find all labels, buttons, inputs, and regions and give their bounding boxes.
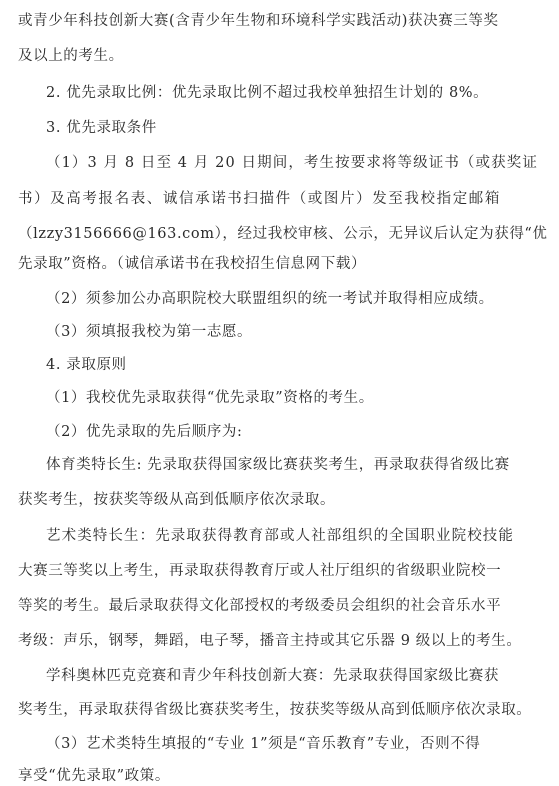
sports-specialty-line: 体育类特长生: 先录取获得国家级比赛获奖考生，再录取获得省级比赛 [46, 455, 548, 475]
principle-1: （1）我校优先录取获得“优先录取”资格的考生。 [46, 388, 548, 408]
paragraph-line: 及以上的考生。 [18, 46, 548, 66]
paragraph-line: 或青少年科技创新大赛(含青少年生物和环境科学实践活动)获决赛三等奖 [18, 11, 548, 31]
section-4-heading: 4. 录取原则 [46, 355, 548, 375]
arts-specialty-line: 艺术类特长生：先录取获得教育部或人社部组织的全国职业院校技能 [46, 526, 548, 546]
olympiad-line: 奖考生，再录取获得省级比赛获奖考生，按获奖等级从高到低顺序依次录取。 [18, 700, 548, 720]
condition-1-line: 书）及高考报名表、诚信承诺书扫描件（或图片）发至我校指定邮箱 [18, 189, 548, 209]
sports-specialty-line: 获奖考生，按获奖等级从高到低顺序依次录取。 [18, 490, 548, 510]
principle-3: （3）艺术类特生填报的“专业 1”须是“音乐教育”专业，否则不得 [46, 734, 548, 754]
condition-1-line: 先录取”资格。（诚信承诺书在我校招生信息网下载） [18, 254, 548, 274]
principle-3: 享受“优先录取”政策。 [18, 766, 548, 786]
condition-1-email-line: （lzzy3156666@163.com），经过我校审核、公示，无异议后认定为获… [18, 224, 548, 244]
arts-specialty-line: 考级：声乐，钢琴，舞蹈，电子琴，播音主持或其它乐器 9 级以上的考生。 [18, 631, 548, 651]
arts-specialty-line: 大赛三等奖以上考生，再录取获得教育厅或人社厅组织的省级职业院校一 [18, 561, 548, 581]
section-3-heading: 3. 优先录取条件 [46, 118, 548, 138]
condition-2: （2）须参加公办高职院校大联盟组织的统一考试并取得相应成绩。 [46, 289, 548, 309]
document-page: 或青少年科技创新大赛(含青少年生物和环境科学实践活动)获决赛三等奖 及以上的考生… [0, 0, 559, 786]
olympiad-line: 学科奥林匹克竞赛和青少年科技创新大赛：先录取获得国家级比赛获 [46, 666, 548, 686]
section-2-ratio: 2. 优先录取比例：优先录取比例不超过我校单独招生计划的 8%。 [46, 83, 548, 103]
arts-specialty-line: 等奖的考生。最后录取获得文化部授权的考级委员会组织的社会音乐水平 [18, 596, 548, 616]
condition-3: （3）须填报我校为第一志愿。 [46, 322, 548, 342]
principle-2: （2）优先录取的先后顺序为: [46, 422, 548, 442]
condition-1-line: （1）3 月 8 日至 4 月 20 日期间，考生按要求将等级证书（或获奖证 [46, 153, 548, 173]
